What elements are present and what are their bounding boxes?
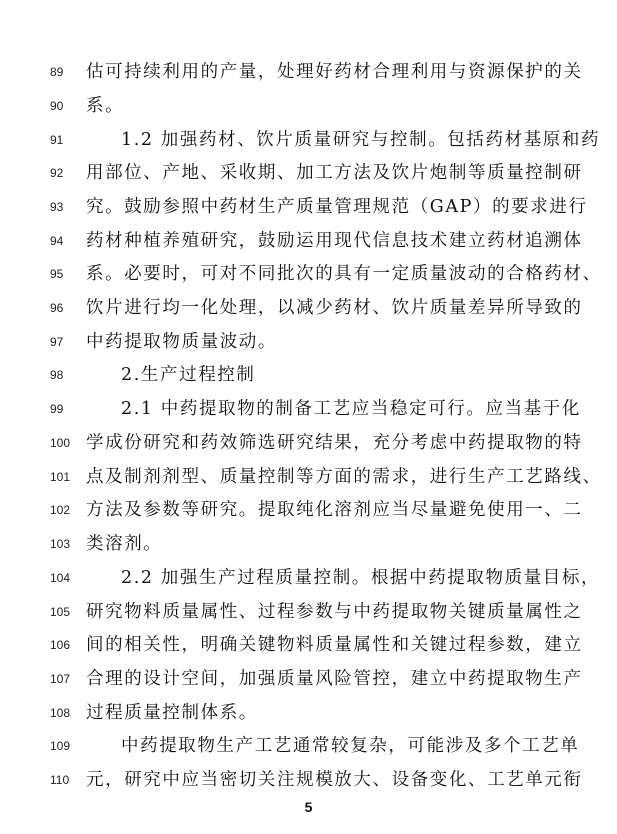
document-line: 90系。: [0, 94, 617, 118]
line-text: 2.2 加强生产过程质量控制。根据中药提取物质量目标，: [121, 566, 531, 590]
line-number: 103: [50, 537, 80, 551]
line-number: 99: [50, 402, 80, 416]
document-line: 94药材种植养殖研究，鼓励运用现代信息技术建立药材追溯体: [0, 229, 617, 253]
line-text: 合理的设计空间，加强质量风险管控，建立中药提取物生产: [86, 667, 530, 691]
line-number: 92: [50, 166, 80, 180]
document-line: 1042.2 加强生产过程质量控制。根据中药提取物质量目标，: [0, 566, 617, 590]
line-text: 药材种植养殖研究，鼓励运用现代信息技术建立药材追溯体: [86, 229, 530, 253]
line-text: 估可持续利用的产量，处理好药材合理利用与资源保护的关: [86, 60, 530, 84]
line-number: 101: [50, 470, 80, 484]
line-text: 系。: [86, 94, 530, 118]
document-line: 92用部位、产地、采收期、加工方法及饮片炮制等质量控制研: [0, 161, 617, 185]
line-number: 106: [50, 638, 80, 652]
page-number: 5: [0, 799, 617, 815]
line-text: 饮片进行均一化处理，以减少药材、饮片质量差异所导致的: [86, 296, 530, 320]
document-line: 97中药提取物质量波动。: [0, 330, 617, 354]
line-number: 93: [50, 200, 80, 214]
document-line: 982.生产过程控制: [0, 363, 617, 387]
document-line: 106间的相关性，明确关键物料质量属性和关键过程参数，建立: [0, 633, 617, 657]
line-text: 究。鼓励参照中药材生产质量管理规范（GAP）的要求进行: [86, 195, 530, 219]
line-text: 中药提取物质量波动。: [86, 330, 530, 354]
line-text: 点及制剂剂型、质量控制等方面的需求，进行生产工艺路线、: [86, 465, 530, 489]
document-line: 103类溶剂。: [0, 532, 617, 556]
document-line: 102方法及参数等研究。提取纯化溶剂应当尽量避免使用一、二: [0, 498, 617, 522]
line-text: 方法及参数等研究。提取纯化溶剂应当尽量避免使用一、二: [86, 498, 530, 522]
line-number: 90: [50, 99, 80, 113]
document-line: 93究。鼓励参照中药材生产质量管理规范（GAP）的要求进行: [0, 195, 617, 219]
document-line: 911.2 加强药材、饮片质量研究与控制。包括药材基原和药: [0, 128, 617, 152]
line-number: 110: [50, 773, 80, 787]
line-text: 用部位、产地、采收期、加工方法及饮片炮制等质量控制研: [86, 161, 530, 185]
line-number: 105: [50, 605, 80, 619]
document-line: 96饮片进行均一化处理，以减少药材、饮片质量差异所导致的: [0, 296, 617, 320]
line-text: 1.2 加强药材、饮片质量研究与控制。包括药材基原和药: [121, 128, 531, 152]
line-text: 系。必要时，可对不同批次的具有一定质量波动的合格药材、: [86, 262, 530, 286]
line-number: 95: [50, 267, 80, 281]
document-line: 110元，研究中应当密切关注规模放大、设备变化、工艺单元衔: [0, 768, 617, 792]
line-text: 过程质量控制体系。: [86, 701, 530, 725]
document-line: 101点及制剂剂型、质量控制等方面的需求，进行生产工艺路线、: [0, 465, 617, 489]
document-line: 109中药提取物生产工艺通常较复杂，可能涉及多个工艺单: [0, 734, 617, 758]
document-line: 108过程质量控制体系。: [0, 701, 617, 725]
line-text: 2.生产过程控制: [121, 363, 531, 387]
line-number: 108: [50, 706, 80, 720]
line-text: 2.1 中药提取物的制备工艺应当稳定可行。应当基于化: [121, 397, 531, 421]
line-number: 89: [50, 65, 80, 79]
document-line: 95系。必要时，可对不同批次的具有一定质量波动的合格药材、: [0, 262, 617, 286]
document-line: 89估可持续利用的产量，处理好药材合理利用与资源保护的关: [0, 60, 617, 84]
document-line: 107合理的设计空间，加强质量风险管控，建立中药提取物生产: [0, 667, 617, 691]
line-number: 94: [50, 234, 80, 248]
document-page: 89估可持续利用的产量，处理好药材合理利用与资源保护的关90系。911.2 加强…: [0, 0, 617, 834]
line-number: 91: [50, 133, 80, 147]
line-number: 98: [50, 368, 80, 382]
line-text: 研究物料质量属性、过程参数与中药提取物关键质量属性之: [86, 600, 530, 624]
document-line: 100学成份研究和药效筛选研究结果，充分考虑中药提取物的特: [0, 431, 617, 455]
document-line: 992.1 中药提取物的制备工艺应当稳定可行。应当基于化: [0, 397, 617, 421]
line-number: 104: [50, 571, 80, 585]
line-number: 97: [50, 335, 80, 349]
line-text: 中药提取物生产工艺通常较复杂，可能涉及多个工艺单: [121, 734, 531, 758]
line-text: 学成份研究和药效筛选研究结果，充分考虑中药提取物的特: [86, 431, 530, 455]
line-number: 100: [50, 436, 80, 450]
document-line: 105研究物料质量属性、过程参数与中药提取物关键质量属性之: [0, 600, 617, 624]
line-number: 109: [50, 739, 80, 753]
line-number: 102: [50, 503, 80, 517]
line-text: 元，研究中应当密切关注规模放大、设备变化、工艺单元衔: [86, 768, 530, 792]
line-text: 间的相关性，明确关键物料质量属性和关键过程参数，建立: [86, 633, 530, 657]
line-number: 107: [50, 672, 80, 686]
line-number: 96: [50, 301, 80, 315]
line-text: 类溶剂。: [86, 532, 530, 556]
